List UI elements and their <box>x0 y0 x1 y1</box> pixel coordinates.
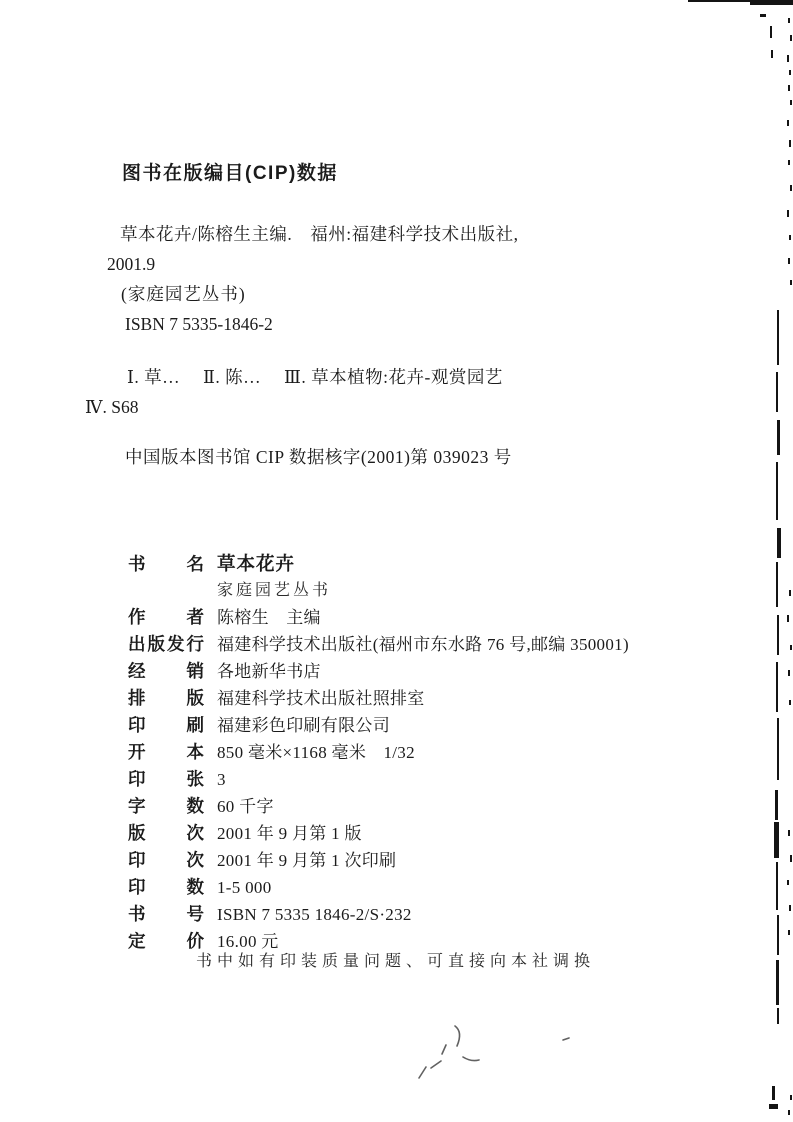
scan-artifact-speck <box>788 930 790 935</box>
cip-classification-line: Ⅰ. 草… Ⅱ. 陈… Ⅲ. 草本植物:花卉-观赏园艺 <box>85 362 503 392</box>
cip-description-line: 2001.9 <box>104 249 518 279</box>
scan-artifact-speck <box>788 85 790 91</box>
scan-artifact-speck <box>788 830 790 836</box>
scan-artifact-speck <box>789 905 791 911</box>
cip-registry-line: 中国版本图书馆 CIP 数据核字(2001)第 039023 号 <box>125 444 512 469</box>
cip-series-line: (家庭园艺丛书) <box>104 279 518 309</box>
scan-artifact-speck <box>790 280 792 285</box>
colophon-row-label: 印张 <box>128 766 204 793</box>
scan-artifact-speck <box>787 880 789 885</box>
scan-artifact-speck <box>777 528 781 558</box>
scan-artifact-speck <box>790 855 792 862</box>
book-copyright-page: 图书在版编目(CIP)数据 草本花卉/陈榕生主编. 福州:福建科学技术出版社, … <box>0 0 793 1122</box>
cip-description-line: 草本花卉/陈榕生主编. 福州:福建科学技术出版社, <box>104 219 518 249</box>
scan-artifact-speck <box>777 915 779 955</box>
scan-artifact-speck <box>771 50 773 58</box>
scan-artifact-speck <box>776 960 779 1005</box>
scan-artifact-speck <box>777 718 779 780</box>
scan-artifact-speck <box>787 615 789 622</box>
colophon-row-value: 草本花卉 <box>217 550 295 577</box>
scan-artifact-speck <box>787 120 789 126</box>
cip-description-block: 草本花卉/陈榕生主编. 福州:福建科学技术出版社, 2001.9 (家庭园艺丛书… <box>104 219 518 339</box>
scan-artifact-speck <box>776 562 778 607</box>
colophon-row-label: 出版发行 <box>128 631 204 658</box>
scan-artifact-speck <box>790 645 792 650</box>
colophon-row-value: 福建彩色印刷有限公司 <box>217 712 390 739</box>
colophon-row: 书号ISBN 7 5335 1846-2/S·232 <box>128 901 629 928</box>
colophon-row-label: 书号 <box>128 901 204 928</box>
cip-classification-line: Ⅳ. S68 <box>85 392 503 422</box>
scan-artifact-top-line <box>688 0 758 2</box>
colophon-row: 印张3 <box>128 766 629 793</box>
colophon-row-label: 定价 <box>128 928 204 955</box>
scan-artifact-speck <box>772 1086 775 1100</box>
colophon-row: 经销各地新华书店 <box>128 658 629 685</box>
colophon-row: 印次2001 年 9 月第 1 次印刷 <box>128 847 629 874</box>
scan-artifact-speck <box>776 862 778 910</box>
colophon-row-value: 福建科学技术出版社照排室 <box>217 685 425 712</box>
scan-artifact-speck <box>777 1008 779 1024</box>
colophon-row-value: 家庭园艺丛书 <box>217 577 331 604</box>
colophon-row-value: 850 毫米×1168 毫米 1/32 <box>217 739 415 766</box>
scan-artifact-speck <box>777 615 779 655</box>
scan-artifact-speck <box>788 258 790 264</box>
scan-artifact-speck <box>790 185 792 191</box>
colophon-table: 书名草本花卉家庭园艺丛书作者陈榕生 主编出版发行福建科学技术出版社(福州市东水路… <box>128 550 629 955</box>
colophon-row: 印数1-5 000 <box>128 874 629 901</box>
scan-artifact-speck <box>777 420 780 455</box>
colophon-row-label: 版次 <box>128 820 204 847</box>
scan-artifact-speck <box>790 100 792 105</box>
colophon-row-value: 福建科学技术出版社(福州市东水路 76 号,邮编 350001) <box>217 631 629 658</box>
colophon-row: 家庭园艺丛书 <box>128 577 629 604</box>
colophon-row-label: 印刷 <box>128 712 204 739</box>
colophon-row: 排版福建科学技术出版社照排室 <box>128 685 629 712</box>
colophon-row-value: 2001 年 9 月第 1 版 <box>217 820 362 847</box>
colophon-row: 作者陈榕生 主编 <box>128 604 629 631</box>
scan-artifact-speck <box>760 14 766 17</box>
colophon-row-label: 书名 <box>128 551 204 578</box>
scan-artifact-speck <box>789 590 791 596</box>
scan-artifact-speck <box>789 140 791 147</box>
colophon-row: 字数60 千字 <box>128 793 629 820</box>
scan-artifact-speck <box>776 462 778 520</box>
return-note: 书中如有印装质量问题、可直接向本社调换 <box>196 948 595 971</box>
colophon-row-label: 开本 <box>128 739 204 766</box>
scan-artifact-speck <box>774 822 779 858</box>
scan-artifact-speck <box>790 35 792 41</box>
scan-artifact-speck <box>789 235 791 240</box>
scan-artifact-speck <box>788 670 790 676</box>
colophon-row-value: 2001 年 9 月第 1 次印刷 <box>217 847 396 874</box>
colophon-row: 书名草本花卉 <box>128 550 629 577</box>
scan-artifact-speck <box>777 310 779 365</box>
scan-artifact-speck <box>770 26 772 38</box>
scan-artifact-speck <box>787 55 789 62</box>
colophon-row-value: ISBN 7 5335 1846-2/S·232 <box>217 901 412 928</box>
colophon-row-value: 60 千字 <box>217 793 274 820</box>
scan-artifact-speck <box>769 1104 778 1109</box>
colophon-row-value: 3 <box>217 766 226 793</box>
colophon-row: 开本850 毫米×1168 毫米 1/32 <box>128 739 629 766</box>
scan-artifact-speck <box>788 18 790 23</box>
colophon-row: 出版发行福建科学技术出版社(福州市东水路 76 号,邮编 350001) <box>128 631 629 658</box>
colophon-row-value: 1-5 000 <box>217 874 272 901</box>
scan-artifact-speck <box>775 790 778 820</box>
scan-artifact-top-line <box>750 0 793 5</box>
scan-artifact-speck <box>788 160 790 165</box>
scan-artifact-speck <box>776 372 778 412</box>
colophon-row-value: 陈榕生 主编 <box>217 604 321 631</box>
scan-artifact-speck <box>790 1095 792 1100</box>
colophon-row: 版次2001 年 9 月第 1 版 <box>128 820 629 847</box>
colophon-row-label: 印数 <box>128 874 204 901</box>
colophon-row-label: 印次 <box>128 847 204 874</box>
cip-isbn-line: ISBN 7 5335-1846-2 <box>104 309 518 339</box>
scan-artifact-speck <box>789 700 791 705</box>
scan-artifact-speck <box>789 70 791 75</box>
colophon-row: 印刷福建彩色印刷有限公司 <box>128 712 629 739</box>
handwritten-mark <box>395 1012 585 1087</box>
colophon-row-label: 排版 <box>128 685 204 712</box>
colophon-row-label: 字数 <box>128 793 204 820</box>
scan-artifact-speck <box>788 1110 790 1115</box>
cip-classification-block: Ⅰ. 草… Ⅱ. 陈… Ⅲ. 草本植物:花卉-观赏园艺 Ⅳ. S68 <box>85 362 503 422</box>
scan-artifact-speck <box>776 662 778 712</box>
cip-heading: 图书在版编目(CIP)数据 <box>122 158 338 185</box>
colophon-row-label: 经销 <box>128 658 204 685</box>
scan-artifact-speck <box>787 210 789 217</box>
colophon-row-label: 作者 <box>128 604 204 631</box>
colophon-row-value: 各地新华书店 <box>217 658 321 685</box>
